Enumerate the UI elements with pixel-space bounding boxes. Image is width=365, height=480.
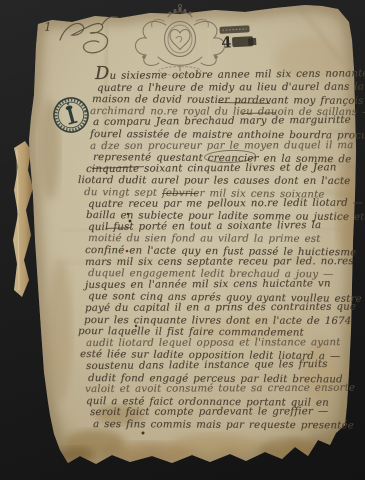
manuscript-line: mars mil six cens septante receu par led… — [85, 257, 354, 268]
strikethrough-mark — [218, 102, 270, 104]
folio-number: 1 — [44, 21, 52, 33]
manuscript-line: pour les cinquante livres dont en l'acte… — [84, 316, 351, 327]
photographed-manuscript: 4 1 Du sixiesme octobre annee mil six ce… — [0, 0, 365, 480]
manuscript-line: quatre a l'heure de midy au lieu d'aurel… — [97, 82, 364, 94]
torn-edge-strip — [13, 141, 33, 297]
manuscript-line: quatre receu par me pelloux no.re ledit … — [88, 198, 363, 210]
strikethrough-mark — [162, 193, 198, 194]
manuscript-line: cinquante soixant cinquante livres et de… — [86, 163, 337, 175]
manuscript-line: payé du capital il en a prins des contra… — [85, 303, 356, 315]
manuscript-line: audit liotard lequel opposa et l'instanc… — [86, 338, 341, 349]
manuscript-line: valoit et avoit consumé toute sa creance… — [85, 384, 355, 396]
manuscript-line: jusques en l'année mil six cens huictant… — [85, 279, 331, 291]
manuscript-line: liotard dudit aurel pour les causes dont… — [78, 176, 350, 187]
strikethrough-mark — [242, 112, 276, 114]
manuscript-line: soustenu dans ladite instance que les fr… — [86, 360, 328, 372]
manuscript-line: moitié du sien fond au vilard la prime e… — [88, 234, 321, 245]
manuscript-line: seroit faict compte pardevant le greffie… — [90, 408, 328, 419]
manuscript-line: a ses fins commis mais par requeste pres… — [93, 420, 354, 432]
strikethrough-mark — [106, 227, 130, 229]
tax-stamp-value: 4 — [221, 33, 232, 52]
